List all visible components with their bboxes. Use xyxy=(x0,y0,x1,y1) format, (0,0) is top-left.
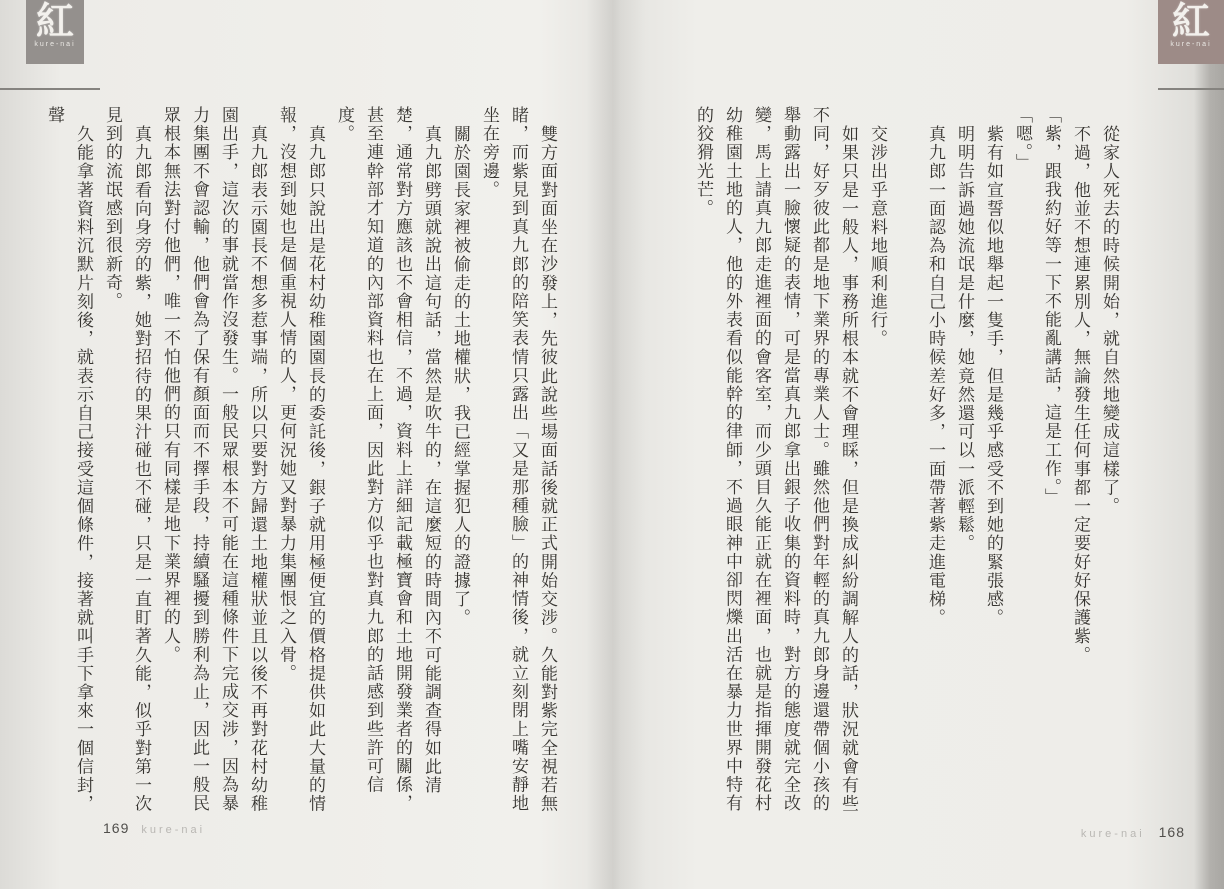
series-logo-romaji: kure-nai xyxy=(1170,41,1211,48)
paragraph: 雙方面對面坐在沙發上，先彼此說些場面話後就正式開始交涉。久能對紫完全視若無睹，而… xyxy=(475,106,562,822)
series-logo-left: 紅 kure-nai xyxy=(26,0,84,64)
paragraph: 明明告訴過她流氓是什麼，她竟然還可以一派輕鬆。 xyxy=(950,106,979,822)
scan-right-edge-band xyxy=(1194,0,1224,889)
paragraph: 真九郎一面認為和自己小時候差好多，一面帶著紫走進電梯。 xyxy=(921,106,950,822)
page-left-footer: 169kure-nai xyxy=(103,820,205,838)
paragraph: 交涉出乎意料地順利進行。 xyxy=(863,106,892,822)
paragraph: 真九郎只說出是花村幼稚園園長的委託後，銀子就用極便宜的價格提供如此大量的情報，沒… xyxy=(272,106,330,822)
paragraph: 真九郎看向身旁的紫，她對招待的果汁碰也不碰，只是一直盯著久能，似乎對第一次見到的… xyxy=(98,106,156,822)
paragraph: 關於園長家裡被偷走的土地權狀，我已經掌握犯人的證據了。 xyxy=(446,106,475,822)
corner-rule-right xyxy=(1158,88,1224,90)
corner-rule-left xyxy=(0,88,100,90)
paragraph: 如果只是一般人，事務所根本就不會理睬，但是換成糾紛調解人的話，狀況就會有些不同，… xyxy=(689,106,863,822)
paragraph: 從家人死去的時候開始，就自然地變成這樣了。 xyxy=(1095,106,1124,822)
paragraph: 「嗯。」 xyxy=(1008,106,1037,822)
paragraph: 真九郎劈頭就說出這句話，當然是吹牛的，在這麼短的時間內不可能調查得如此清楚，通常… xyxy=(330,106,446,822)
page-number-right: 168 xyxy=(1159,824,1185,840)
paragraph: 「紫，跟我約好等一下不能亂講話，這是工作。」 xyxy=(1037,106,1066,822)
series-logo-kanji: 紅 xyxy=(1172,0,1210,44)
page-left-body-text: 雙方面對面坐在沙發上，先彼此說些場面話後就正式開始交涉。久能對紫完全視若無睹，而… xyxy=(96,106,562,822)
running-title-right: kure-nai xyxy=(1081,828,1145,840)
series-logo-romaji: kure-nai xyxy=(34,41,75,48)
page-gutter-shadow xyxy=(586,0,646,889)
series-logo-kanji: 紅 xyxy=(36,0,74,44)
page-right-body-text: 從家人死去的時候開始，就自然地變成這樣了。不過，他並不想連累別人，無論發生任何事… xyxy=(688,106,1124,822)
series-logo-right: 紅 kure-nai xyxy=(1158,0,1224,64)
page-number-left: 169 xyxy=(103,820,129,836)
paragraph: 久能拿著資料沉默片刻後，就表示自己接受這個條件，接著就叫手下拿來一個信封，聲 xyxy=(40,106,98,822)
running-title-left: kure-nai xyxy=(141,824,205,836)
paragraph: 真九郎表示園長不想多惹事端，所以只要對方歸還土地權狀並且以後不再對花村幼稚園出手… xyxy=(156,106,272,822)
paragraph: 紫有如宣誓似地舉起一隻手，但是幾乎感受不到她的緊張感。 xyxy=(979,106,1008,822)
page-right-footer: kure-nai168 xyxy=(1081,824,1185,842)
paragraph: 不過，他並不想連累別人，無論發生任何事都一定要好好保護紫。 xyxy=(1066,106,1095,822)
